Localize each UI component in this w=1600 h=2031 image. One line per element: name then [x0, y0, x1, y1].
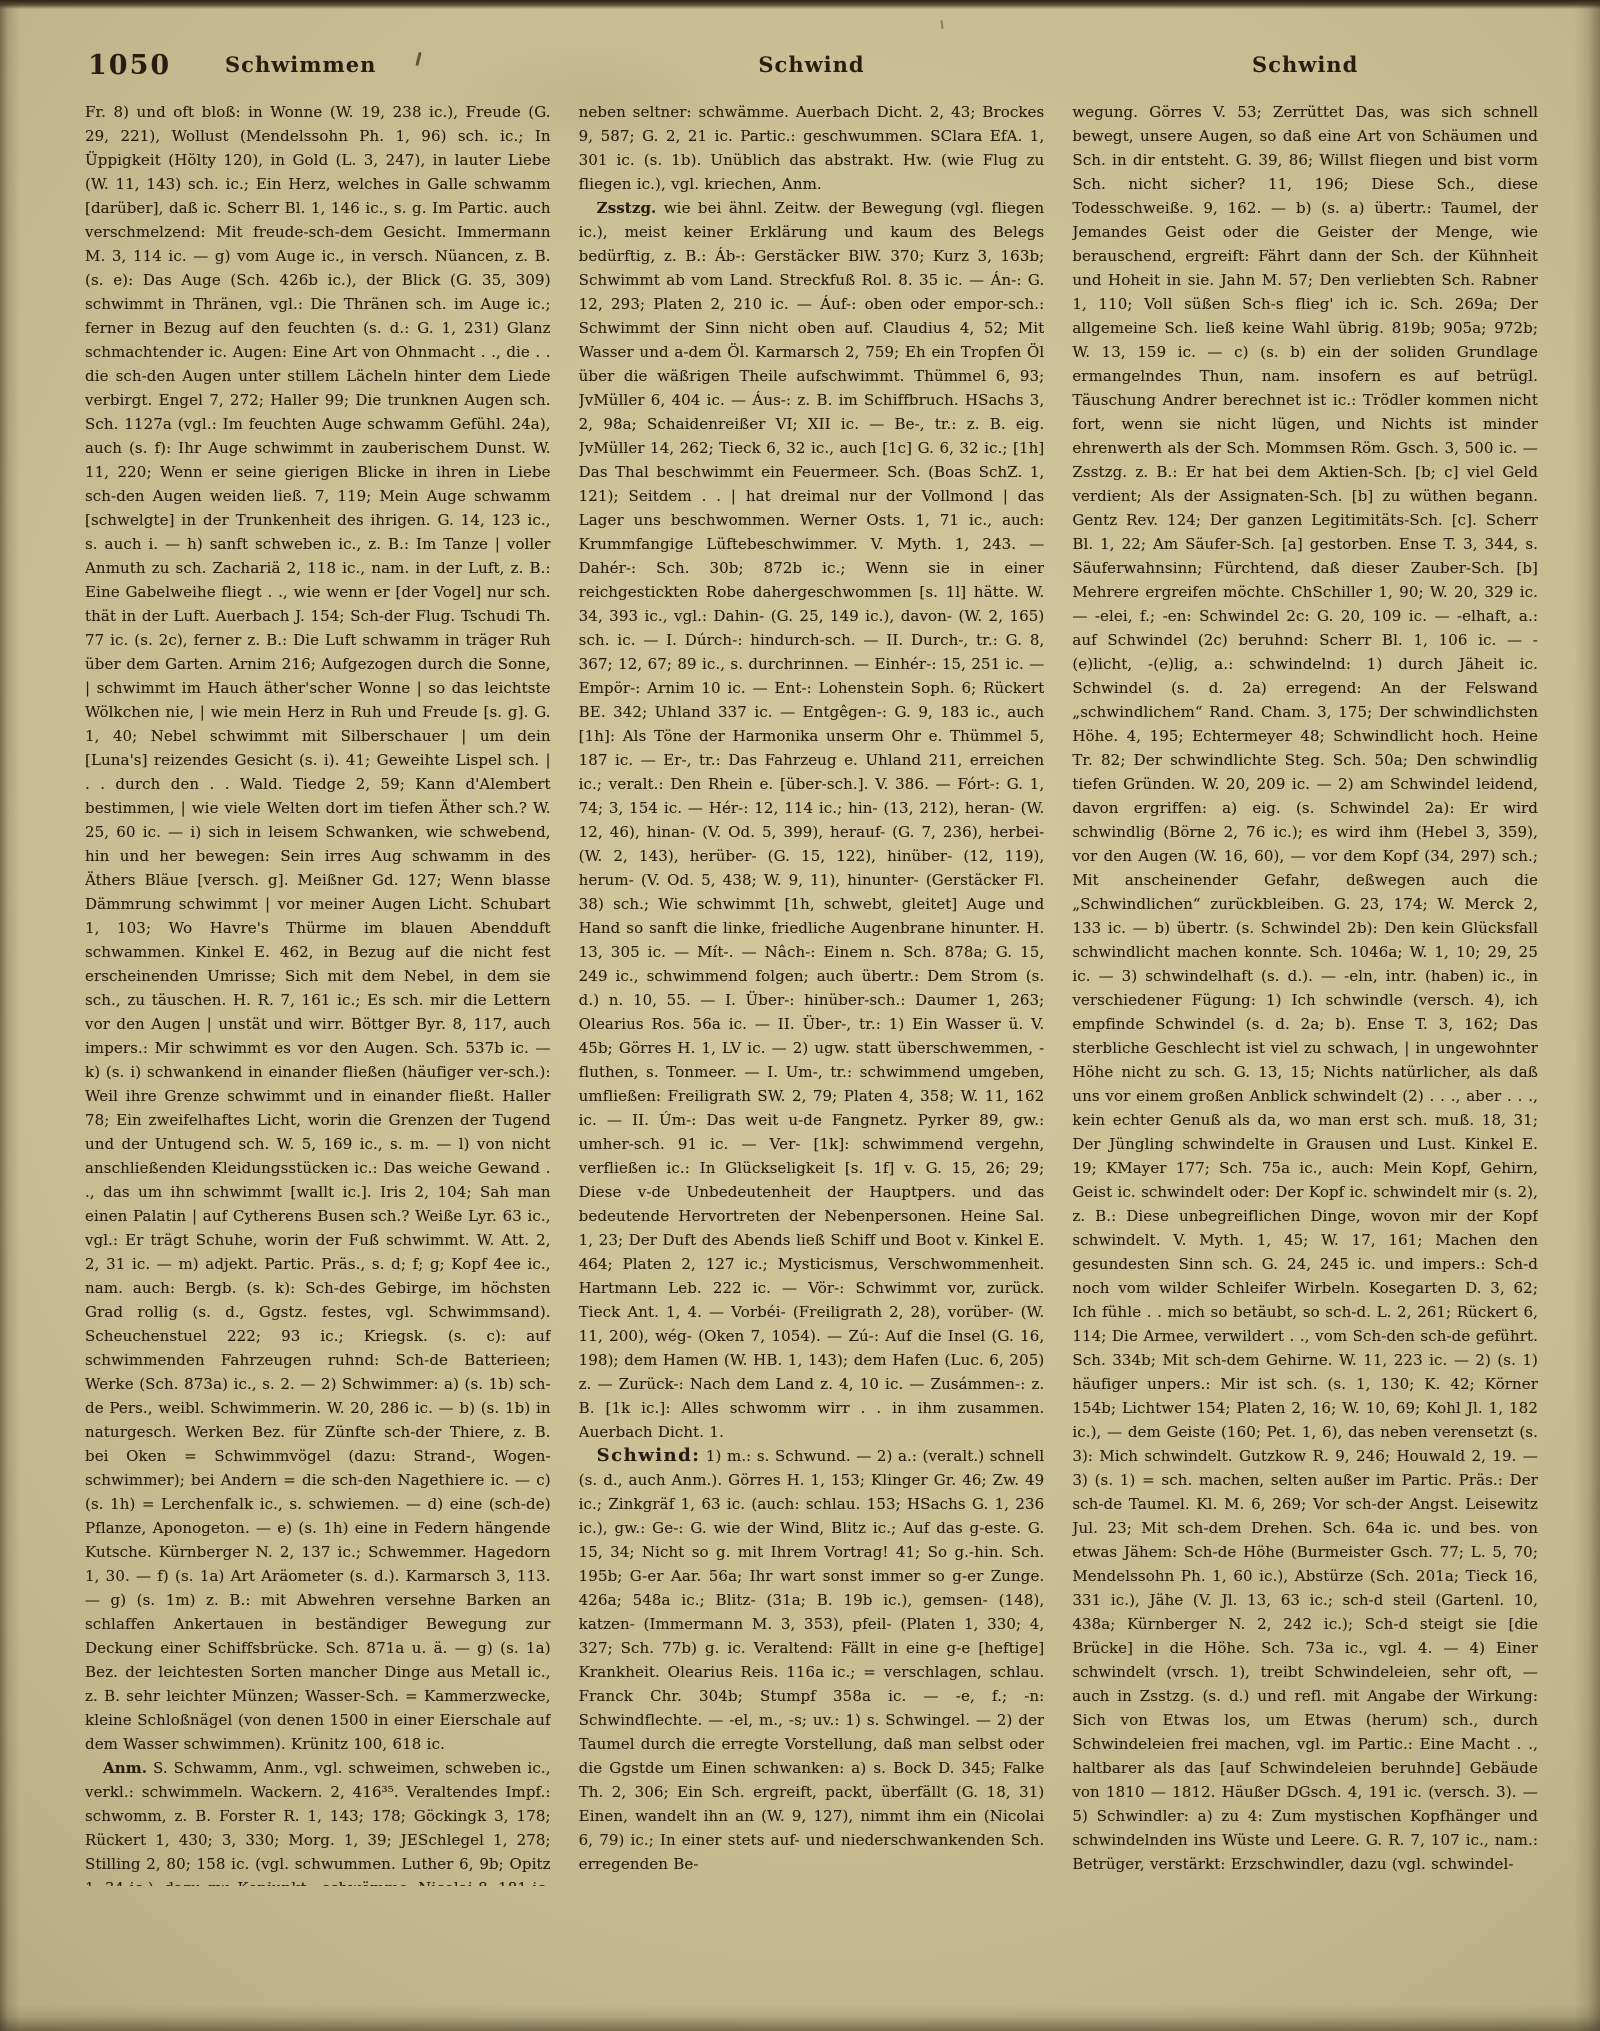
scan-edge-bottom — [0, 2005, 1600, 2031]
paragraph-schwimmen-continuation: Fr. 8) und oft bloß: in Wonne (W. 19, 23… — [85, 100, 551, 1756]
running-head-schwimmen: Schwimmen — [85, 52, 551, 77]
scan-edge-left — [0, 0, 20, 2031]
paragraph-entry-schwind: Schwind: 1) m.: s. Schwund. — 2) a.: (ve… — [579, 1444, 1045, 1876]
paragraph-zusammensetzungen: Zsstzg. wie bei ähnl. Zeitw. der Bewegun… — [579, 196, 1045, 1444]
anm-lead: Anm. — [103, 1759, 147, 1777]
paragraph-schwind-continuation: wegung. Görres V. 53; Zerrüttet Das, was… — [1072, 100, 1538, 1876]
running-head-schwind-1: Schwind — [579, 52, 1045, 77]
column-3: wegung. Görres V. 53; Zerrüttet Das, was… — [1072, 100, 1538, 1886]
entry-headword-schwind: Schwind: — [597, 1445, 701, 1466]
ink-speck — [940, 20, 943, 29]
zsstzg-lead: Zsstzg. — [597, 199, 657, 217]
text-block: Fr. 8) und oft bloß: in Wonne (W. 19, 23… — [85, 100, 1538, 1886]
scan-edge-right — [1574, 0, 1600, 2031]
scan-edge-top — [0, 0, 1600, 9]
paragraph-anm-continuation: neben seltner: schwämme. Auerbach Dicht.… — [579, 100, 1045, 196]
column-1: Fr. 8) und oft bloß: in Wonne (W. 19, 23… — [85, 100, 551, 1886]
column-2: neben seltner: schwämme. Auerbach Dicht.… — [579, 100, 1045, 1886]
paragraph-anmerkung: Anm. S. Schwamm, Anm., vgl. schweimen, s… — [85, 1756, 551, 1886]
running-heads: Schwimmen Schwind Schwind — [85, 52, 1538, 77]
running-head-schwind-2: Schwind — [1072, 52, 1538, 77]
